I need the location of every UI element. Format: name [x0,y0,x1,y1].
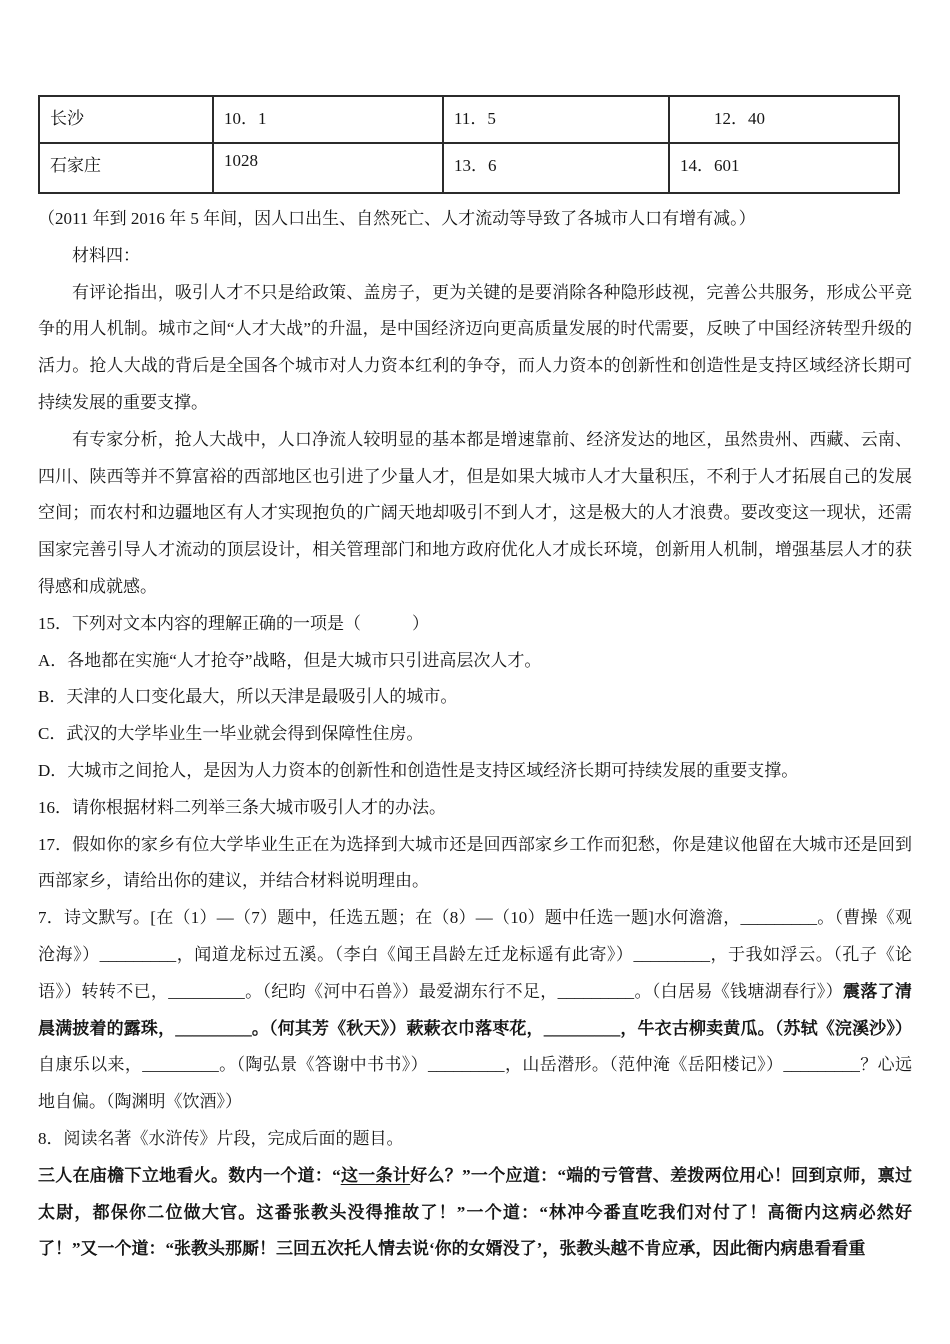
question-15-option-b: B．天津的人口变化最大，所以天津是最吸引人的城市。 [38,679,912,716]
question-16: 16．请你根据材料二列举三条大城市吸引人才的办法。 [38,790,912,827]
table-cell: 长沙 [39,96,213,143]
table-row: 石家庄102813．614．601 [39,143,899,193]
city-table-body: 长沙10．111．512．40石家庄102813．614．601 [39,96,899,193]
table-row: 长沙10．111．512．40 [39,96,899,143]
table-cell: 14．601 [669,143,899,193]
table-cell: 12．40 [669,96,899,143]
passage-underlined-phrase: 这一条计 [341,1166,411,1185]
passage-before: 三人在庙檐下立地看火。数内一个道：“ [38,1166,341,1185]
question-15-stem: 15．下列对文本内容的理解正确的一项是（ ） [38,606,912,643]
question-15-option-d: D．大城市之间抢人，是因为人力资本的创新性和创造性是支持区域经济长期可持续发展的… [38,753,912,790]
question-15-option-c: C．武汉的大学毕业生一毕业就会得到保障性住房。 [38,716,912,753]
material4-paragraph-1: 有评论指出，吸引人才不只是给政策、盖房子，更为关键的是要消除各种隐形歧视，完善公… [38,275,912,422]
exam-page: 长沙10．111．512．40石家庄102813．614．601 （2011 年… [0,0,950,1344]
table-cell: 10．1 [213,96,443,143]
question-15-option-a: A．各地都在实施“人才抢夺”战略，但是大城市只引进高层次人才。 [38,643,912,680]
material4-label: 材料四： [38,238,912,275]
exam-body: （2011 年到 2016 年 5 年间，因人口出生、自然死亡、人才流动等导致了… [38,201,912,1268]
table-cell: 1028 [213,143,443,193]
table-cell: 13．6 [443,143,669,193]
question-17: 17．假如你的家乡有位大学毕业生正在为选择到大城市还是回西部家乡工作而犯愁，你是… [38,827,912,901]
novel-excerpt-passage: 三人在庙檐下立地看火。数内一个道：“这一条计好么？”一个应道：“端的亏管营、差拨… [38,1158,912,1268]
q7-part3: 自康乐以来，_________。（陶弘景《答谢中书书》）_________，山岳… [38,1055,912,1111]
table-cell: 11．5 [443,96,669,143]
material4-paragraph-2: 有专家分析，抢人大战中，人口净流人较明显的基本都是增速靠前、经济发达的地区，虽然… [38,422,912,606]
city-population-table: 长沙10．111．512．40石家庄102813．614．601 [38,95,900,194]
table-cell: 石家庄 [39,143,213,193]
question-8-stem: 8．阅读名著《水浒传》片段，完成后面的题目。 [38,1121,912,1158]
question-7-dictation: 7．诗文默写。[在（1）—（7）题中，任选五题；在（8）—（10）题中任选一题]… [38,900,912,1121]
q7-part1: 7．诗文默写。[在（1）—（7）题中，任选五题；在（8）—（10）题中任选一题]… [38,908,912,1001]
table-note: （2011 年到 2016 年 5 年间，因人口出生、自然死亡、人才流动等导致了… [38,201,912,238]
